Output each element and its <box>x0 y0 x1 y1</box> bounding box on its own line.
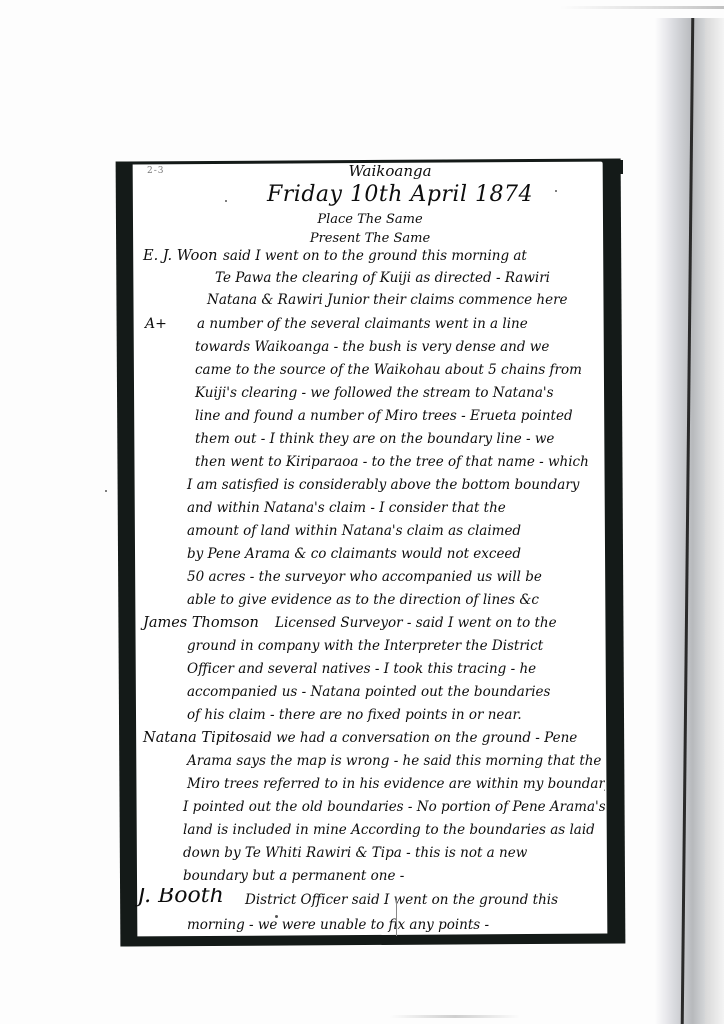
manuscript-line: able to give evidence as to the directio… <box>135 588 605 612</box>
line-text: land is included in mine According to th… <box>183 818 595 842</box>
line-text: them out - I think they are on the bound… <box>195 427 554 451</box>
manuscript-line: E. J. Woonsaid I went on to the ground t… <box>135 244 605 268</box>
line-text: said I went on to the ground this mornin… <box>223 244 527 268</box>
manuscript-line: them out - I think they are on the bound… <box>135 427 605 451</box>
line-text: Licensed Surveyor - said I went on to th… <box>275 611 557 635</box>
manuscript-line: 50 acres - the surveyor who accompanied … <box>135 565 605 589</box>
line-text: accompanied us - Natana pointed out the … <box>187 680 550 704</box>
heading-place-same: Place The Same <box>135 212 605 227</box>
manuscript-line: I pointed out the old boundaries - No po… <box>135 795 605 819</box>
manuscript-line: morning - we were unable to fix any poin… <box>135 913 605 937</box>
manuscript-line: towards Waikoanga - the bush is very den… <box>135 335 605 359</box>
manuscript-line: Te Pawa the clearing of Kuiji as directe… <box>135 266 605 290</box>
manuscript-line: Arama says the map is wrong - he said th… <box>135 749 605 773</box>
manuscript-line: amount of land within Natana's claim as … <box>135 519 605 543</box>
line-text: amount of land within Natana's claim as … <box>187 519 521 543</box>
line-text: a number of the several claimants went i… <box>197 312 528 336</box>
line-text: Kuiji's clearing - we followed the strea… <box>195 381 554 405</box>
manuscript-line: Kuiji's clearing - we followed the strea… <box>135 381 605 405</box>
line-text: Miro trees referred to in his evidence a… <box>187 772 605 796</box>
line-text: and within Natana's claim - I consider t… <box>187 496 506 520</box>
speaker-name: Natana Tipito <box>143 726 244 750</box>
manuscript-line: Officer and several natives - I took thi… <box>135 657 605 681</box>
line-text: able to give evidence as to the directio… <box>187 588 539 612</box>
scan-speck <box>225 200 227 202</box>
manuscript-line: came to the source of the Waikohau about… <box>135 358 605 382</box>
manuscript-line: accompanied us - Natana pointed out the … <box>135 680 605 704</box>
manuscript-line: land is included in mine According to th… <box>135 818 605 842</box>
line-text: came to the source of the Waikohau about… <box>195 358 582 382</box>
line-text: Te Pawa the clearing of Kuiji as directe… <box>215 266 550 290</box>
line-text: Arama says the map is wrong - he said th… <box>187 749 601 773</box>
manuscript-line: Natana Tipito- said we had a conversatio… <box>135 726 605 750</box>
line-text: ground in company with the Interpreter t… <box>187 634 543 658</box>
scan-speck <box>105 490 107 492</box>
manuscript-line: by Pene Arama & co claimants would not e… <box>135 542 605 566</box>
line-text: of his claim - there are no fixed points… <box>187 703 522 727</box>
line-text: line and found a number of Miro trees - … <box>195 404 573 428</box>
line-text: 50 acres - the surveyor who accompanied … <box>187 565 542 589</box>
heading-date: Friday 10th April 1874 <box>165 182 635 207</box>
line-text: I pointed out the old boundaries - No po… <box>183 795 605 819</box>
manuscript-line: Natana & Rawiri Junior their claims comm… <box>135 288 605 312</box>
manuscript-line: James ThomsonLicensed Surveyor - said I … <box>135 611 605 635</box>
book-binding-edge <box>705 18 724 1024</box>
line-text: District Officer said I went on the grou… <box>245 888 558 912</box>
manuscript-line: then went to Kiriparaoa - to the tree of… <box>135 450 605 474</box>
line-text: by Pene Arama & co claimants would not e… <box>187 542 521 566</box>
manuscript-line: A+a number of the several claimants went… <box>135 312 605 336</box>
manuscript-line: Miro trees referred to in his evidence a… <box>135 772 605 796</box>
manuscript-line: I am satisfied is considerably above the… <box>135 473 605 497</box>
manuscript-line: of his claim - there are no fixed points… <box>135 703 605 727</box>
manuscript-line: ground in company with the Interpreter t… <box>135 634 605 658</box>
speaker-name: James Thomson <box>143 611 259 635</box>
line-text: Natana & Rawiri Junior their claims comm… <box>207 288 568 312</box>
speaker-name: J. Booth <box>137 888 224 908</box>
manuscript-line: down by Te Whiti Rawiri & Tipa - this is… <box>135 841 605 865</box>
scan-speck <box>555 190 557 192</box>
line-text: then went to Kiriparaoa - to the tree of… <box>195 450 589 474</box>
book-binding-shadow <box>655 18 705 1024</box>
speaker-name: E. J. Woon <box>143 244 217 268</box>
line-text: towards Waikoanga - the bush is very den… <box>195 335 549 359</box>
line-text: down by Te Whiti Rawiri & Tipa - this is… <box>183 841 527 865</box>
scan-speck <box>275 915 278 918</box>
margin-note: A+ <box>145 312 167 336</box>
manuscript-line: boundary but a permanent one - <box>135 864 605 888</box>
line-text: I am satisfied is considerably above the… <box>187 473 579 497</box>
manuscript-line: and within Natana's claim - I consider t… <box>135 496 605 520</box>
manuscript-line: line and found a number of Miro trees - … <box>135 404 605 428</box>
heading-place: Waikoanga <box>155 162 625 180</box>
line-text: morning - we were unable to fix any poin… <box>187 913 489 937</box>
scan-tick-mark <box>396 900 397 936</box>
manuscript-page: 2-3 Waikoanga Friday 10th April 1874 Pla… <box>135 160 605 940</box>
line-text: Officer and several natives - I took thi… <box>187 657 536 681</box>
scan-bottom-artifact <box>390 1015 520 1018</box>
scan-top-artifact <box>560 6 724 9</box>
manuscript-line: J. BoothDistrict Officer said I went on … <box>135 888 605 912</box>
line-text: - said we had a conversation on the grou… <box>235 726 577 750</box>
line-text: boundary but a permanent one - <box>183 864 404 888</box>
